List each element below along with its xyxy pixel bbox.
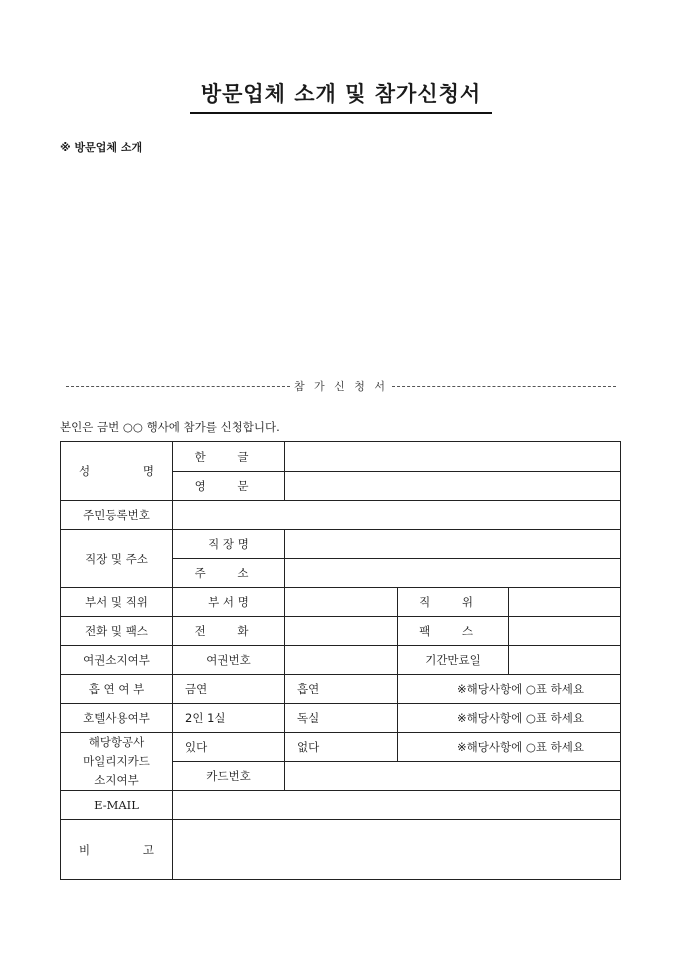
remarks-label-b: 고 [143,842,154,858]
fax-label-text: 팩 스 [419,624,487,638]
card-number-label: 카드번호 [173,762,285,791]
english-name-field[interactable] [285,472,621,501]
name-label-b: 명 [143,463,154,479]
mileage-option-yes[interactable]: 있다 [173,733,285,762]
smoking-option-nonsmoking[interactable]: 금연 [173,675,285,704]
fax-label: 팩 스 [398,617,509,646]
phone-label-text: 전 화 [195,624,263,638]
company-name-label: 직 장 명 [173,530,285,559]
dept-name-field[interactable] [285,588,398,617]
hotel-option-single[interactable]: 독실 [285,704,398,733]
phone-label: 전 화 [173,617,285,646]
mileage-label-line2: 마일리지카드 [61,752,172,771]
remarks-field[interactable] [173,820,621,880]
position-field[interactable] [509,588,621,617]
email-label: E-MAIL [61,791,173,820]
resident-number-label: 주민등록번호 [61,501,173,530]
dashed-line-left [66,386,290,387]
english-name-label: 영 문 [173,472,285,501]
address-label: 주 소 [173,559,285,588]
remarks-label-a: 비 [79,842,90,858]
position-label-text: 직 위 [419,595,487,609]
smoking-label: 흡 연 여 부 [61,675,173,704]
mileage-option-no[interactable]: 없다 [285,733,398,762]
dept-name-label: 부 서 명 [173,588,285,617]
name-label-a: 성 [79,463,90,479]
card-number-field[interactable] [285,762,621,791]
section-heading: ※ 방문업체 소개 [60,139,142,155]
address-field[interactable] [285,559,621,588]
phone-field[interactable] [285,617,398,646]
english-label-text: 영 문 [195,479,263,493]
expiry-date-label: 기간만료일 [398,646,509,675]
hotel-label: 호텔사용여부 [61,704,173,733]
name-label: 성명 [61,442,173,501]
passport-number-field[interactable] [285,646,398,675]
dashed-line-right [392,386,616,387]
application-form-table: 성명 한 글 영 문 주민등록번호 직장 및 주소 직 장 명 주 소 부서 및… [60,441,621,880]
department-label: 부서 및 직위 [61,588,173,617]
hotel-note: ※해당사항에 ○표 하세요 [398,704,621,733]
fax-field[interactable] [509,617,621,646]
korean-name-field[interactable] [285,442,621,472]
workplace-label: 직장 및 주소 [61,530,173,588]
expiry-date-field[interactable] [509,646,621,675]
document-title: 방문업체 소개 및 참가신청서 [190,78,492,114]
company-name-field[interactable] [285,530,621,559]
mileage-label-line1: 해당항공사 [61,733,172,752]
remarks-label: 비고 [61,820,173,880]
mileage-label-line3: 소지여부 [61,771,172,790]
korean-name-label: 한 글 [173,442,285,472]
smoking-note: ※해당사항에 ○표 하세요 [398,675,621,704]
email-field[interactable] [173,791,621,820]
resident-number-field[interactable] [173,501,621,530]
intro-text: 본인은 금번 ○○ 행사에 참가를 신청합니다. [60,419,280,435]
section-divider: 참 가 신 청 서 [66,378,616,394]
divider-label: 참 가 신 청 서 [290,378,392,394]
korean-label-text: 한 글 [195,450,263,464]
mileage-note: ※해당사항에 ○표 하세요 [398,733,621,762]
smoking-option-smoking[interactable]: 흡연 [285,675,398,704]
position-label: 직 위 [398,588,509,617]
mileage-label: 해당항공사 마일리지카드 소지여부 [61,733,173,791]
contact-label: 전화 및 팩스 [61,617,173,646]
passport-label: 여권소지여부 [61,646,173,675]
hotel-option-twin[interactable]: 2인 1실 [173,704,285,733]
address-label-text: 주 소 [195,566,263,580]
passport-number-label: 여권번호 [173,646,285,675]
